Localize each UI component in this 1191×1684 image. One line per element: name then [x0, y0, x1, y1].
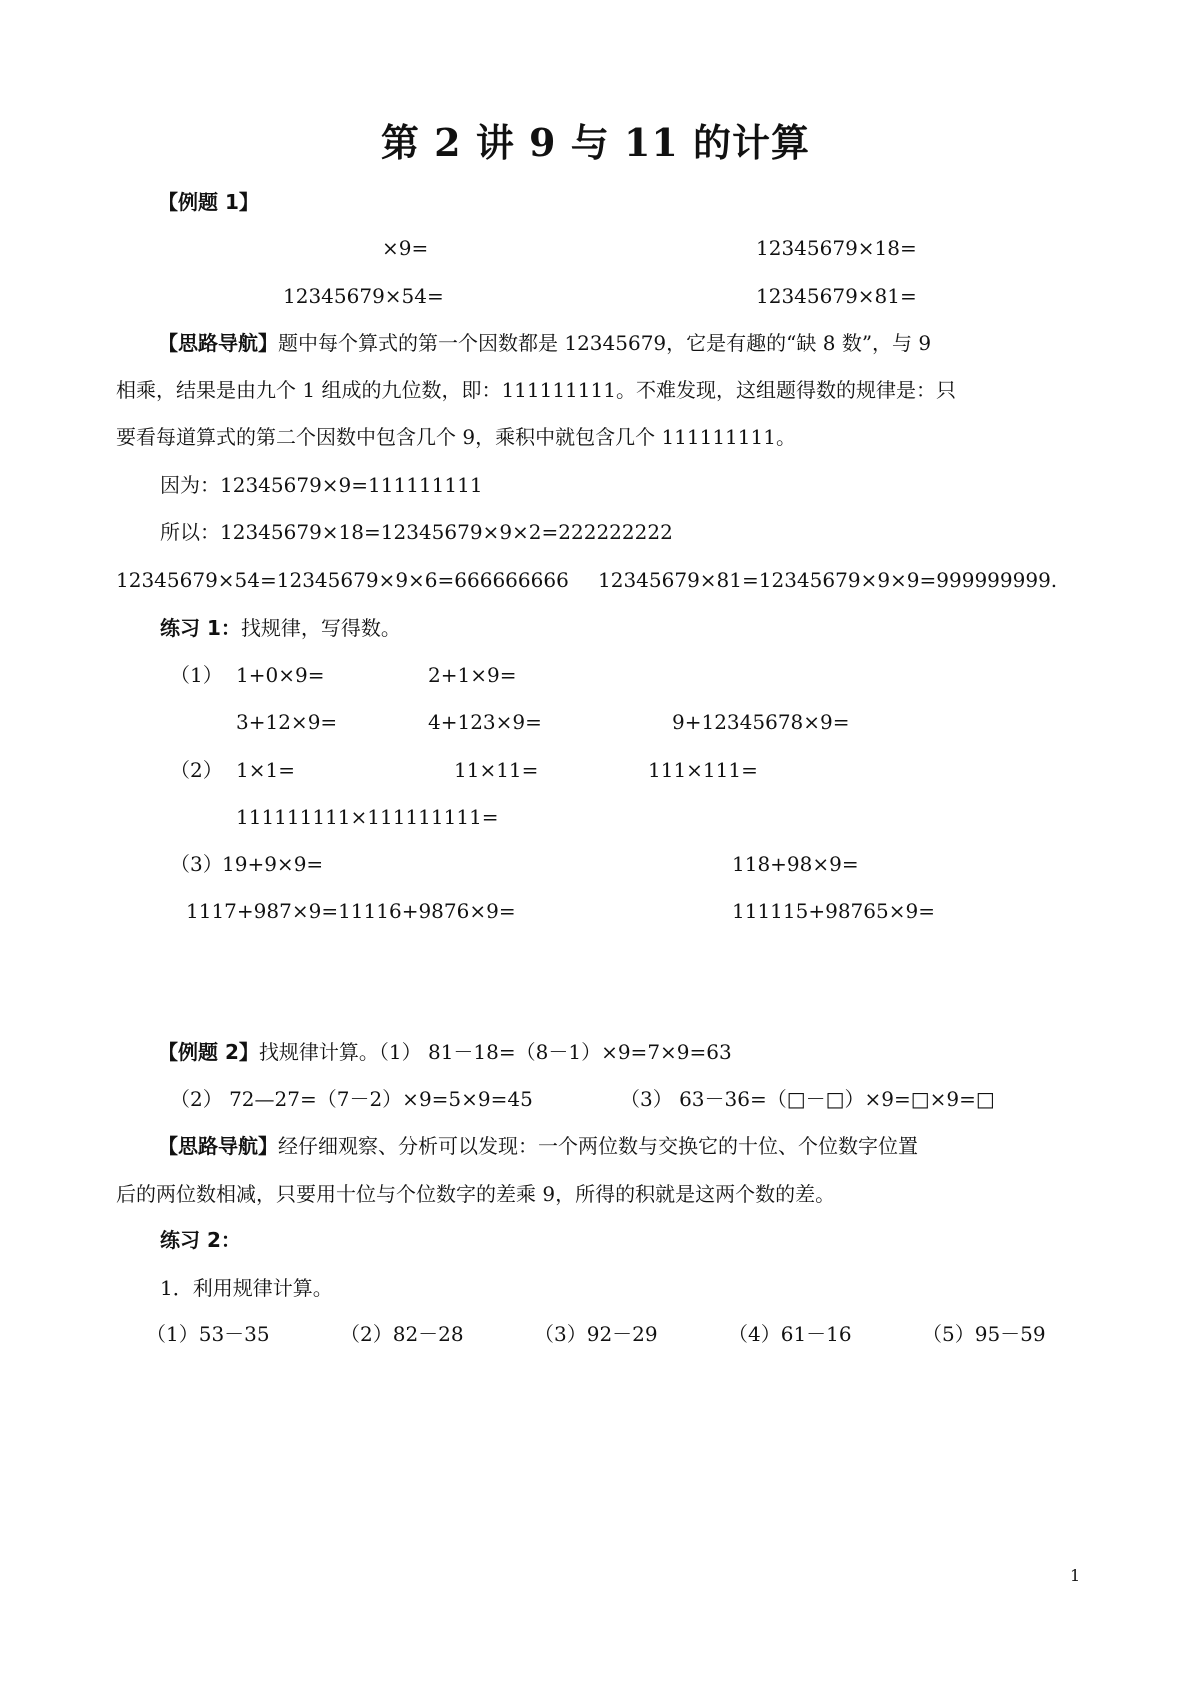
practice1-item: 9+12345678×9= — [672, 708, 850, 736]
guide1-paragraph: 【思路导航】题中每个算式的第一个因数都是 12345679，它是有趣的“缺 8 … — [158, 329, 931, 357]
practice1-item: 111115+98765×9= — [732, 897, 935, 925]
practice1-item: 118+98×9= — [732, 850, 859, 878]
practice1-item: 2+1×9= — [428, 661, 516, 689]
guide1-because: 因为：12345679×9=111111111 — [160, 471, 483, 499]
practice1-item: 4+123×9= — [428, 708, 542, 736]
example1-item: ×9= — [382, 234, 428, 262]
practice1-item: 3+12×9= — [236, 708, 337, 736]
guide1-line-b: 12345679×81=12345679×9×9=999999999. — [598, 566, 1057, 594]
guide2-paragraph: 【思路导航】经仔细观察、分析可以发现：一个两位数与交换它的十位、个位数字位置 — [158, 1132, 918, 1160]
practice1-item: 1+0×9= — [236, 661, 324, 689]
guide2-label: 【思路导航】 — [158, 1134, 278, 1158]
practice1-num: （3） — [170, 850, 223, 878]
example2-line2a: （2） 72—27=（7－2）×9=5×9=45 — [170, 1085, 533, 1113]
practice1-item: 111×111= — [648, 756, 758, 784]
guide2-line2: 后的两位数相减，只要用十位与个位数字的差乘 9，所得的积就是这两个数的差。 — [116, 1180, 835, 1208]
example2-line2b: （3） 63－36=（□－□）×9=□×9=□ — [620, 1085, 995, 1113]
example1-item: 12345679×18= — [756, 234, 917, 262]
page-title: 第 2 讲 9 与 11 的计算 — [0, 118, 1191, 168]
example1-item: 12345679×54= — [283, 282, 444, 310]
practice2-question: 1．利用规律计算。 — [160, 1274, 333, 1302]
practice2-item: （3）92－29 — [534, 1320, 658, 1348]
example2-label: 【例题 2】 — [158, 1040, 259, 1064]
example1-label: 【例题 1】 — [158, 188, 259, 216]
guide1-so: 所以：12345679×18=12345679×9×2=222222222 — [160, 518, 673, 546]
page-number: 1 — [1070, 1566, 1080, 1585]
guide1-line2: 相乘，结果是由九个 1 组成的九位数，即：111111111。不难发现，这组题得… — [116, 376, 956, 404]
guide1-label: 【思路导航】 — [158, 331, 278, 355]
practice1-num: （2） — [170, 756, 223, 784]
practice1-heading: 练习 1：找规律，写得数。 — [160, 614, 401, 642]
practice1-num: （1） — [170, 661, 223, 689]
practice1-item: 111111111×111111111= — [236, 803, 499, 831]
practice2-item: （1）53－35 — [146, 1320, 270, 1348]
practice1-label: 练习 1： — [160, 616, 241, 640]
guide1-line3: 要看每道算式的第二个因数中包含几个 9，乘积中就包含几个 111111111。 — [116, 423, 796, 451]
practice2-item: （2）82－28 — [340, 1320, 464, 1348]
guide1-line-a: 12345679×54=12345679×9×6=666666666 — [116, 566, 569, 594]
practice1-item: 11×11= — [454, 756, 538, 784]
example1-item: 12345679×81= — [756, 282, 917, 310]
practice2-item: （5）95－59 — [922, 1320, 1046, 1348]
practice1-item: 19+9×9= — [222, 850, 323, 878]
practice1-item: 1117+987×9=11116+9876×9= — [186, 897, 516, 925]
practice2-label: 练习 2： — [160, 1226, 241, 1254]
practice1-item: 1×1= — [236, 756, 295, 784]
example2-line1: 【例题 2】找规律计算。（1） 81－18=（8－1）×9=7×9=63 — [158, 1038, 732, 1066]
practice2-item: （4）61－16 — [728, 1320, 852, 1348]
